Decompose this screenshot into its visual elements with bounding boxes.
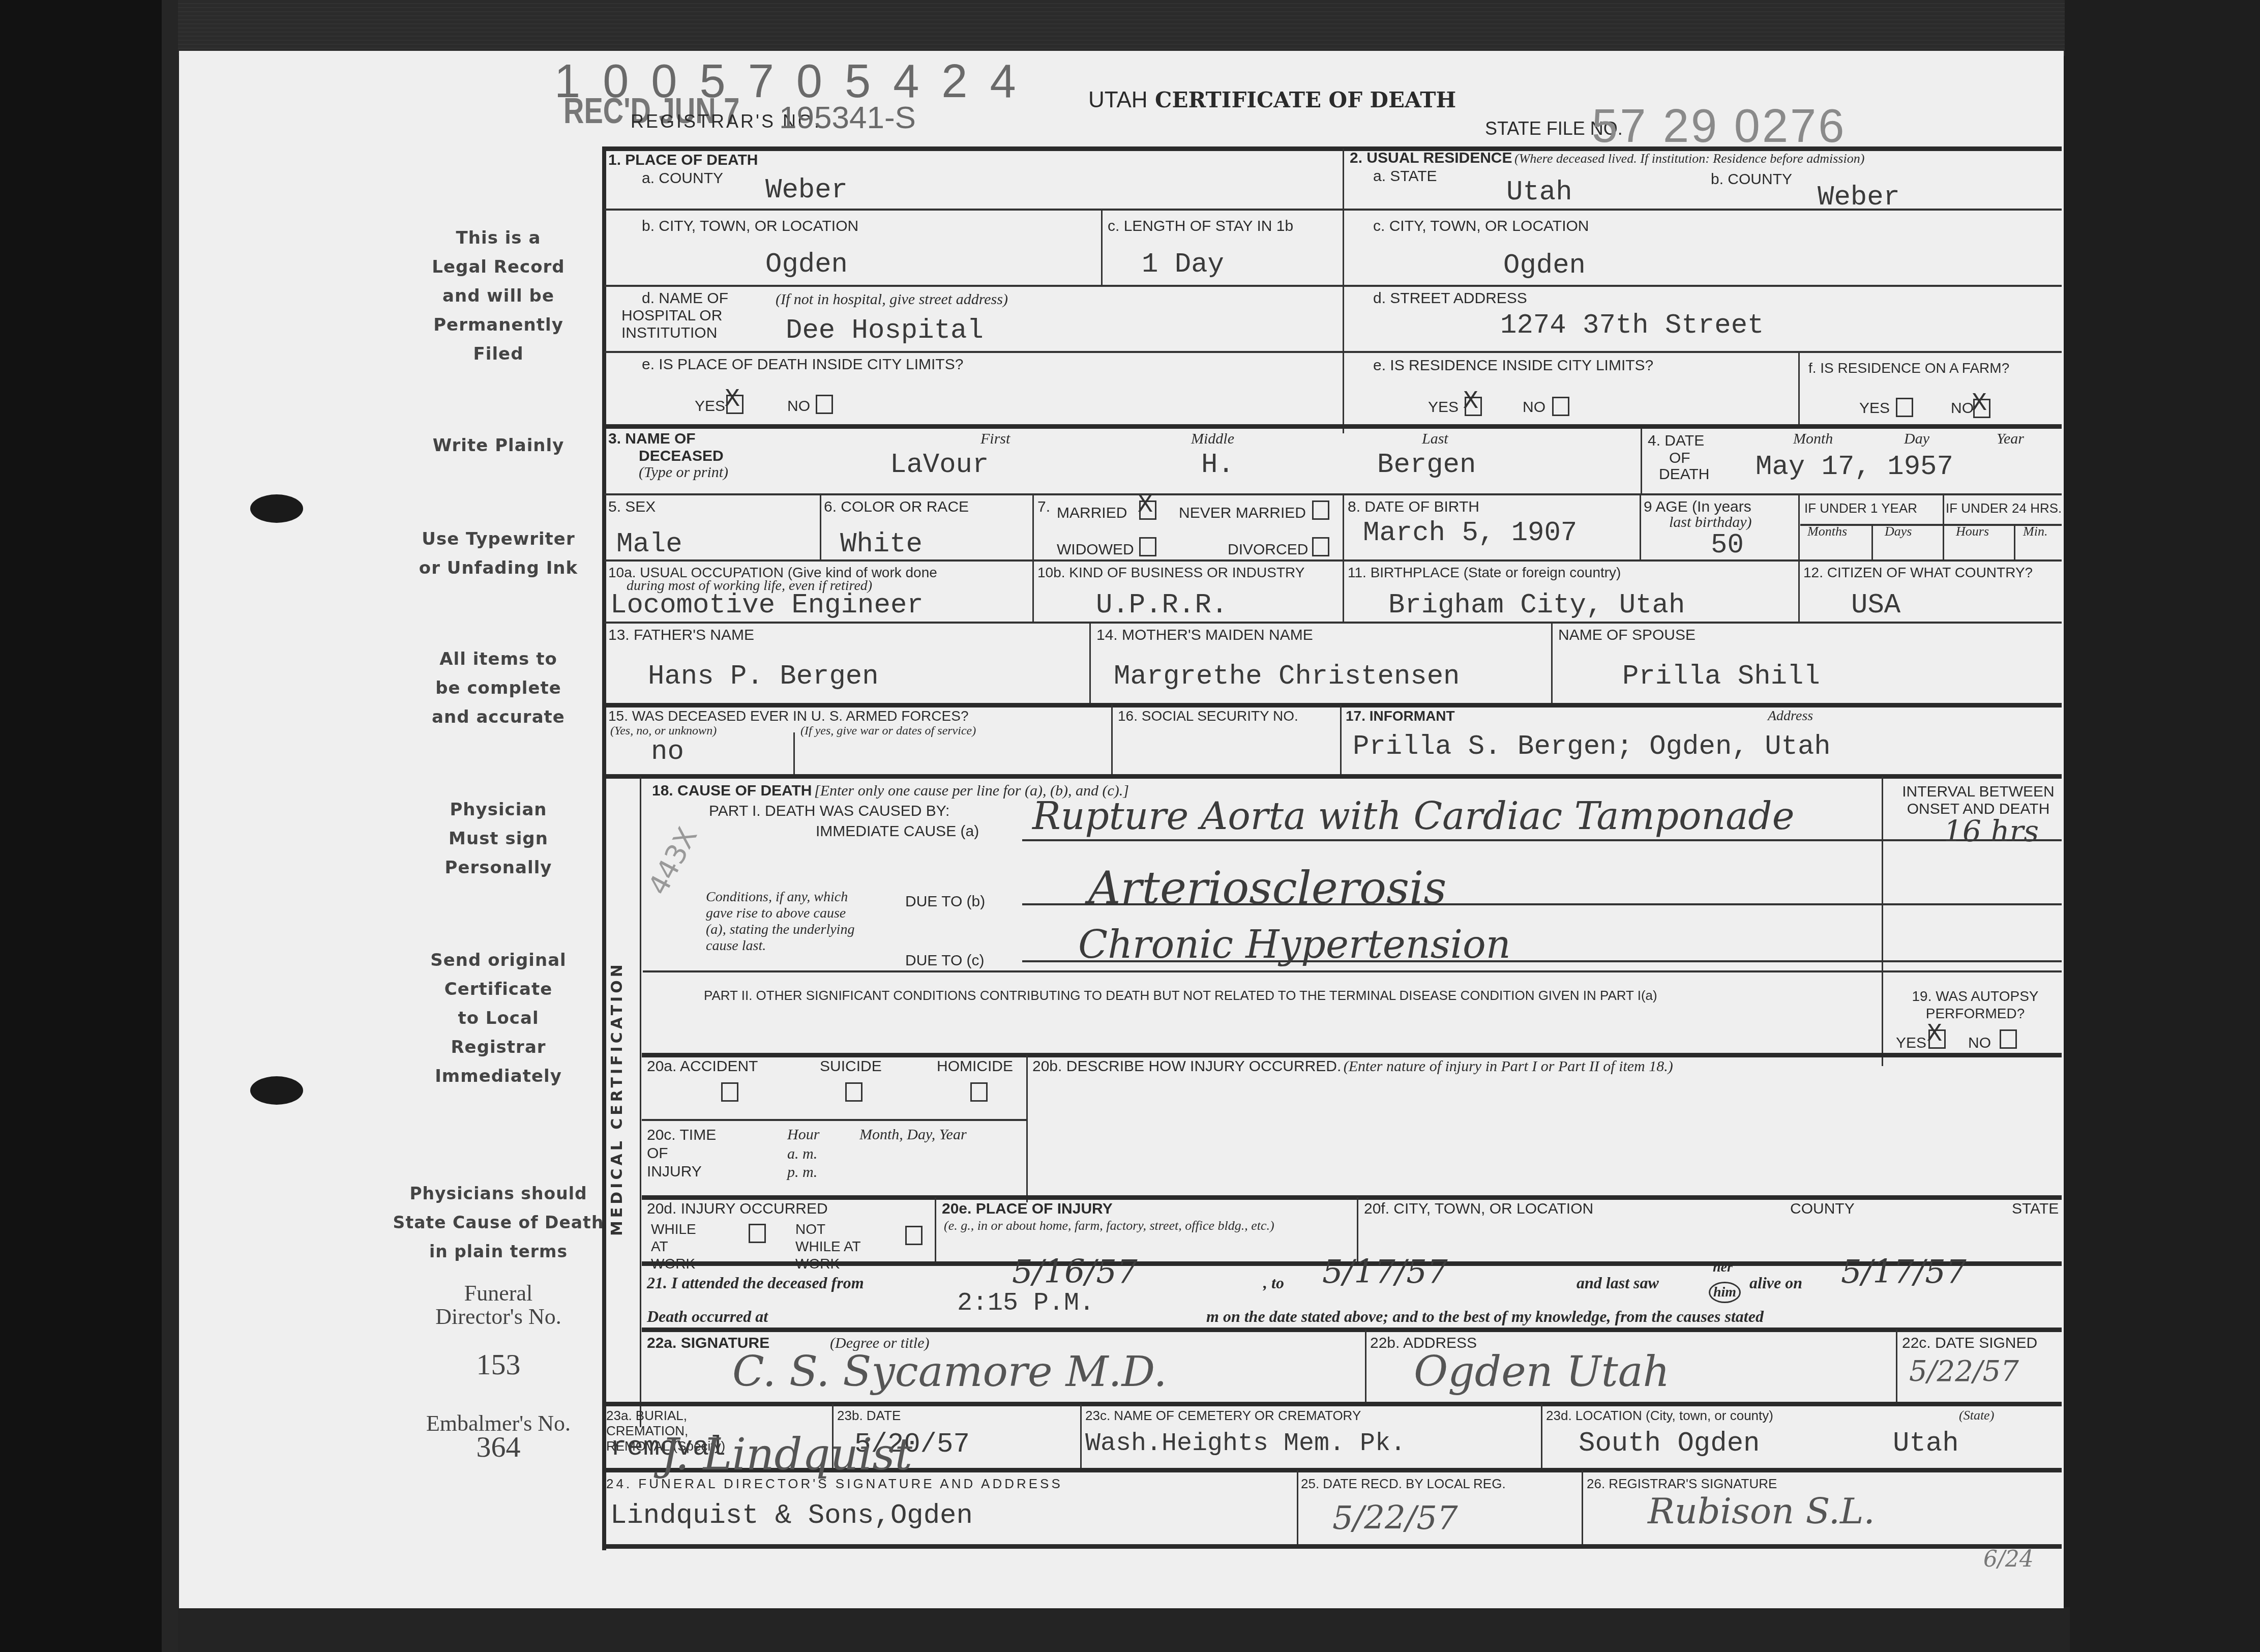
divorced-label: DIVORCED (1228, 541, 1308, 558)
injury-description-hint: (Enter nature of injury in Part I or Par… (1344, 1058, 1673, 1075)
date-of-death-label: OF (1669, 450, 1690, 467)
under-24-hrs-label: IF UNDER 24 HRS. (1946, 500, 2062, 516)
date-of-birth-label: 8. DATE OF BIRTH (1348, 498, 1479, 516)
divider (1896, 1330, 1897, 1404)
interval-label: INTERVAL BETWEEN ONSET AND DEATH (1897, 783, 2060, 818)
no-label: NO (1523, 399, 1545, 416)
last-saw-alive-value: 5/17/57 (1841, 1253, 1967, 1291)
injury-city-label: 20f. CITY, TOWN, OR LOCATION (1364, 1200, 1593, 1218)
residence-state-value: Utah (1506, 177, 1572, 208)
divider (1032, 494, 1034, 622)
business-label: 10b. KIND OF BUSINESS OR INDUSTRY (1037, 565, 1304, 581)
funeral-director-no-label: Funeral Director's No. (386, 1282, 610, 1329)
residence-farm-label: f. IS RESIDENCE ON A FARM? (1808, 360, 2009, 376)
suicide-label: SUICIDE (820, 1058, 882, 1075)
burial-location-label: 23d. LOCATION (City, town, or county) (1546, 1408, 1773, 1424)
days-label: Days (1885, 524, 1912, 539)
date-of-birth-value: March 5, 1907 (1363, 518, 1577, 549)
month-day-year-label: Month, Day, Year (859, 1126, 967, 1143)
death-inside-limits-yes-checkbox[interactable] (726, 395, 744, 414)
yes-label: YES (1859, 400, 1890, 417)
divider (1582, 1470, 1583, 1546)
attended-from-value: 5/16/57 (1012, 1253, 1138, 1291)
physician-signature: C. S. Sycamore M.D. (732, 1348, 1167, 1396)
hospital-label: INSTITUTION (621, 324, 717, 342)
death-occurred-label: Death occurred at (647, 1307, 768, 1326)
divider (793, 732, 795, 778)
immediate-cause-label: IMMEDIATE CAUSE (a) (816, 823, 979, 840)
not-while-at-work-label: NOT WHILE AT WORK (795, 1221, 867, 1273)
pm-label: p. m. (787, 1164, 817, 1181)
cause-of-death-label: 18. CAUSE OF DEATH (652, 782, 812, 799)
homicide-label: HOMICIDE (937, 1058, 1013, 1075)
divider (1101, 210, 1103, 286)
state-label: a. STATE (1373, 168, 1437, 185)
city-label: c. CITY, TOWN, OR LOCATION (1373, 218, 1589, 235)
residence-inside-limits-no-checkbox[interactable] (1552, 397, 1569, 416)
marital-status-label: 7. (1037, 498, 1050, 516)
am-label: a. m. (787, 1145, 817, 1163)
business-value: U.P.R.R. (1096, 590, 1228, 621)
attended-label: 21. I attended the deceased from (647, 1274, 864, 1292)
divider (1080, 1404, 1082, 1470)
hospital-hint: (If not in hospital, give street address… (776, 291, 1008, 308)
residence-street-value: 1274 37th Street (1500, 310, 1764, 341)
divider (1111, 704, 1113, 778)
residence-inside-limits-yes-checkbox[interactable] (1465, 397, 1482, 416)
homicide-checkbox[interactable] (970, 1082, 988, 1102)
street-address-label: d. STREET ADDRESS (1373, 290, 1527, 307)
legal-record-note: This is a Legal Record and will be Perma… (386, 224, 610, 369)
write-plainly-note: Write Plainly (386, 431, 610, 460)
residence-farm-no-checkbox[interactable] (1973, 399, 1990, 418)
due-to-c-label: DUE TO (c) (905, 952, 985, 969)
while-at-work-checkbox[interactable] (749, 1224, 766, 1243)
date-of-death-value: May 17, 1957 (1756, 452, 1953, 483)
him-label: him (1709, 1282, 1741, 1303)
divider (1343, 149, 1344, 433)
her-label: her (1713, 1259, 1733, 1276)
divider (642, 1119, 1026, 1121)
injury-occurred-label: 20d. INJURY OCCURRED (647, 1200, 828, 1218)
citizen-label: 12. CITIZEN OF WHAT COUNTRY? (1803, 565, 2033, 581)
embalmer-no: 364 (386, 1435, 610, 1459)
widowed-label: WIDOWED (1057, 541, 1134, 558)
send-original-note: Send original Certificate to Local Regis… (386, 946, 610, 1091)
middle-name-value: H. (1201, 450, 1234, 481)
injury-description-label: 20b. DESCRIBE HOW INJURY OCCURRED. (1032, 1058, 1341, 1075)
divider (1641, 428, 1642, 494)
age-value: 50 (1711, 530, 1744, 561)
signer-address-value: Ogden Utah (1414, 1348, 1670, 1396)
death-county-value: Weber (765, 175, 848, 206)
armed-forces-hint: (Yes, no, or unknown) (610, 724, 717, 738)
divider (643, 970, 2062, 972)
medical-section-border (640, 776, 641, 1427)
cemetery-label: 23c. NAME OF CEMETERY OR CREMATORY (1085, 1408, 1361, 1424)
yes-label: YES (695, 398, 725, 415)
binder-top-edge (178, 0, 2070, 56)
due-to-b-value: Arteriosclerosis (1088, 862, 1446, 914)
sex-value: Male (616, 529, 682, 560)
binder-spine (162, 0, 179, 1652)
divider (820, 494, 821, 559)
sex-label: 5. SEX (608, 498, 656, 516)
middle-name-label: Middle (1191, 430, 1234, 448)
divider (604, 351, 2062, 353)
last-saw-label: and last saw (1577, 1274, 1659, 1292)
divider (604, 622, 2062, 624)
county-label: a. COUNTY (642, 170, 723, 187)
time-of-injury-label: 20c. TIME OF INJURY (647, 1126, 718, 1181)
divider (604, 424, 2062, 429)
age-hint: last birthday) (1669, 514, 1752, 531)
place-of-injury-label: 20e. PLACE OF INJURY (942, 1200, 1113, 1218)
divider (604, 703, 2062, 707)
injury-county-label: COUNTY (1790, 1200, 1855, 1218)
injury-state-label: STATE (2012, 1200, 2059, 1218)
under-1-year-label: IF UNDER 1 YEAR (1804, 500, 1917, 516)
never-married-label: NEVER MARRIED (1179, 505, 1306, 522)
burial-location-city: South Ogden (1579, 1428, 1760, 1459)
date-signed-label: 22c. DATE SIGNED (1902, 1335, 2037, 1352)
cause-plain-terms-note: Physicians should State Cause of Death i… (386, 1179, 610, 1266)
race-label: 6. COLOR OR RACE (824, 498, 969, 516)
armed-forces-label: 15. WAS DECEASED EVER IN U. S. ARMED FOR… (608, 708, 968, 724)
never-married-checkbox[interactable] (1312, 500, 1329, 520)
hospital-label: d. NAME OF (642, 290, 728, 307)
year-label: Year (1997, 430, 2024, 448)
burial-location-state: Utah (1893, 1428, 1959, 1459)
state-file-no: 57 29 0276 (1592, 100, 1846, 153)
residence-farm-yes-checkbox[interactable] (1896, 398, 1913, 417)
social-security-label: 16. SOCIAL SECURITY NO. (1118, 708, 1298, 724)
cause-line-a (1022, 839, 2062, 841)
residence-county-value: Weber (1818, 182, 1900, 213)
residence-city-value: Ogden (1503, 250, 1586, 281)
informant-address-label: Address (1768, 708, 1813, 724)
autopsy-yes-checkbox[interactable] (1928, 1029, 1946, 1049)
immediate-cause-value: Rupture Aorta with Cardiac Tamponade (1032, 794, 1795, 838)
divider (642, 1327, 2062, 1332)
punch-hole-icon (250, 494, 303, 523)
min-label: Min. (2023, 524, 2047, 539)
death-statement: m on the date stated above; and to the b… (1206, 1307, 1764, 1326)
divider (1541, 1404, 1542, 1470)
due-to-b-label: DUE TO (b) (905, 893, 985, 910)
divider (2014, 524, 2015, 560)
married-label: MARRIED (1057, 505, 1127, 522)
medical-certification-label: MEDICAL CERTIFICATION (608, 961, 626, 1236)
divider (604, 285, 2062, 287)
burial-date-label: 23b. DATE (837, 1408, 901, 1424)
margin-note: 6/24 (1983, 1546, 2034, 1572)
part2-label: PART II. OTHER SIGNIFICANT CONDITIONS CO… (704, 988, 1657, 1004)
city-label: b. CITY, TOWN, OR LOCATION (642, 218, 858, 235)
funeral-director-value: Lindquist & Sons,Ogden (610, 1500, 973, 1531)
divider (1340, 704, 1342, 778)
usual-residence-hint: (Where deceased lived. If institution: R… (1514, 151, 1864, 166)
injury-description-header: 20b. DESCRIBE HOW INJURY OCCURRED. (Ente… (1032, 1058, 1673, 1075)
accident-checkbox[interactable] (721, 1082, 738, 1102)
death-inside-limits-no-checkbox[interactable] (816, 395, 833, 414)
date-received-value: 5/22/57 (1332, 1499, 1458, 1537)
divider (1640, 494, 1641, 560)
physician-sign-note: Physician Must sign Personally (386, 795, 610, 882)
divider (935, 1197, 936, 1263)
informant-value: Prilla S. Bergen; Ogden, Utah (1353, 731, 1831, 762)
place-of-injury-hint: (e. g., in or about home, farm, factory,… (944, 1218, 1341, 1234)
hours-label: Hours (1956, 524, 1989, 539)
divider (1343, 494, 1344, 622)
citizen-value: USA (1851, 590, 1900, 621)
divider (1943, 494, 1944, 560)
conditions-hint: Conditions, if any, which gave rise to a… (706, 889, 869, 954)
part1-label: PART I. DEATH WAS CAUSED BY: (709, 803, 949, 820)
interval-value: 16 hrs (1944, 814, 2039, 848)
length-of-stay-label: c. LENGTH OF STAY IN 1b (1108, 218, 1293, 235)
type-or-print-hint: (Type or print) (639, 464, 728, 481)
mother-name-label: 14. MOTHER'S MAIDEN NAME (1096, 627, 1313, 644)
yes-label: YES (1896, 1035, 1926, 1052)
suicide-checkbox[interactable] (845, 1082, 863, 1102)
funeral-director-signature: J. Lindquist (661, 1429, 912, 1480)
date-received-label: 25. DATE RECD. BY LOCAL REG. (1301, 1476, 1506, 1492)
widowed-checkbox[interactable] (1139, 537, 1156, 556)
divider (1551, 622, 1553, 703)
to-label: , to (1263, 1274, 1284, 1292)
month-label: Month (1793, 430, 1833, 448)
spouse-name-value: Prilla Shill (1622, 661, 1820, 692)
no-label: NO (787, 398, 810, 415)
last-name-value: Bergen (1377, 450, 1476, 481)
funeral-director-label: 24. FUNERAL DIRECTOR'S SIGNATURE AND ADD… (606, 1476, 1063, 1492)
first-name-label: First (980, 430, 1010, 448)
binder-right-edge (2065, 0, 2260, 1652)
mother-name-value: Margrethe Christensen (1114, 661, 1460, 692)
burial-state-label: (State) (1959, 1408, 1994, 1423)
married-checkbox[interactable] (1139, 500, 1156, 520)
informant-label: 17. INFORMANT (1346, 708, 1455, 724)
date-signed-value: 5/22/57 (1909, 1355, 2019, 1388)
attended-to-value: 5/17/57 (1322, 1253, 1448, 1291)
age-label: 9 AGE (In years (1644, 498, 1751, 516)
divider (604, 559, 2062, 562)
while-at-work-label: WHILE AT WORK (651, 1221, 707, 1273)
divider (642, 1053, 2062, 1057)
date-of-death-label: 4. DATE (1648, 432, 1704, 450)
race-value: White (840, 529, 923, 560)
divider (1365, 1330, 1366, 1404)
father-name-value: Hans P. Bergen (648, 661, 879, 692)
yes-label: YES (1428, 399, 1459, 416)
last-name-label: Last (1422, 430, 1448, 448)
divider (604, 493, 2062, 495)
father-name-label: 13. FATHER'S NAME (608, 627, 754, 644)
usual-residence-header: 2. USUAL RESIDENCE (Where deceased lived… (1350, 150, 1864, 167)
not-while-at-work-checkbox[interactable] (905, 1226, 923, 1245)
divider (642, 1195, 2062, 1200)
title-prefix: UTAH (1088, 87, 1148, 112)
form-left-border (602, 146, 606, 1550)
binder-left-edge (0, 0, 178, 1652)
funeral-director-no: 153 (386, 1353, 610, 1376)
form-bottom-border (602, 1544, 2062, 1549)
birthplace-value: Brigham City, Utah (1388, 590, 1685, 621)
birthplace-label: 11. BIRTHPLACE (State or foreign country… (1348, 565, 1621, 581)
hour-label: Hour (787, 1126, 819, 1143)
armed-forces-service-hint: (If yes, give war or dates of service) (800, 724, 976, 738)
divider (604, 774, 2062, 779)
accident-label: 20a. ACCIDENT (647, 1058, 758, 1075)
first-name-value: LaVour (890, 450, 989, 481)
hospital-value: Dee Hospital (786, 315, 984, 346)
name-of-deceased-label: DECEASED (639, 448, 724, 465)
length-of-stay-value: 1 Day (1142, 249, 1224, 280)
name-of-deceased-label: 3. NAME OF (608, 430, 696, 448)
divider (1798, 352, 1800, 427)
death-time-value: 2:15 P.M. (957, 1289, 1094, 1318)
divider (1297, 1470, 1298, 1546)
autopsy-label: 19. WAS AUTOPSY PERFORMED? (1889, 988, 2062, 1022)
months-label: Months (1807, 524, 1847, 539)
typewriter-note: Use Typewriter or Unfading Ink (386, 525, 610, 583)
armed-forces-value: no (651, 736, 684, 768)
county-label: b. COUNTY (1711, 171, 1792, 188)
no-label: NO (1951, 400, 1974, 417)
no-label: NO (1968, 1035, 1991, 1052)
date-of-death-label: DEATH (1659, 466, 1709, 483)
due-to-c-value: Chronic Hypertension (1078, 922, 1511, 967)
divider (1882, 776, 1883, 1066)
cemetery-value: Wash.Heights Mem. Pk. (1085, 1429, 1406, 1458)
binder-bottom-edge (178, 1607, 2070, 1652)
hospital-label: HOSPITAL OR (621, 307, 722, 324)
registrar-signature: Rubison S.L. (1648, 1490, 1875, 1532)
registrar-signature-label: 26. REGISTRAR'S SIGNATURE (1587, 1476, 1777, 1492)
title-text: CERTIFICATE OF DEATH (1155, 87, 1456, 112)
divider (604, 1402, 2062, 1406)
divider (1089, 622, 1091, 703)
alive-on-label: alive on (1749, 1274, 1802, 1292)
divorced-checkbox[interactable] (1312, 537, 1329, 556)
spouse-name-label: NAME OF SPOUSE (1558, 627, 1696, 644)
day-label: Day (1904, 430, 1929, 448)
usual-residence-label: 2. USUAL RESIDENCE (1350, 150, 1512, 166)
autopsy-no-checkbox[interactable] (2000, 1029, 2017, 1049)
occupation-value: Locomotive Engineer (610, 590, 924, 621)
complete-accurate-note: All items to be complete and accurate (386, 645, 610, 732)
divider (1798, 494, 1800, 622)
inside-city-limits-label: e. IS PLACE OF DEATH INSIDE CITY LIMITS? (642, 356, 963, 373)
punch-hole-icon (250, 1076, 303, 1105)
place-of-death-label: 1. PLACE OF DEATH (608, 152, 758, 169)
divider (1871, 524, 1873, 560)
divider (1026, 1055, 1028, 1202)
page-title: UTAH CERTIFICATE OF DEATH (1088, 87, 1456, 113)
death-city-value: Ogden (765, 249, 848, 280)
registrars-no: 195341-S (779, 100, 916, 136)
residence-inside-limits-label: e. IS RESIDENCE INSIDE CITY LIMITS? (1373, 357, 1653, 374)
